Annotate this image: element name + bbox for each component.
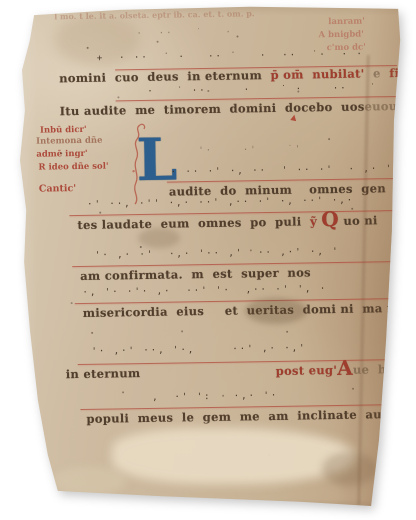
parchment-page: l mo. t le. it a. olseta. eptr ib. ca. e…	[0, 0, 416, 520]
chant-text-6b: et ueritas domi ni ma net	[225, 302, 409, 318]
chant-text-4: tes laudate eum omnes po puli ỹ Q uo ni	[77, 214, 403, 232]
chant-text-7a: in eternum	[66, 367, 141, 381]
chant-text-6a: misericordia eius	[83, 305, 204, 320]
trimmed-header-text: l mo. t le. it a. olseta. eptr ib. ca. e…	[54, 7, 255, 22]
chant-text-6: misericordia eiuset ueritas domi ni ma n…	[83, 302, 409, 320]
neume-row-0: · ·· ˙ ·	[136, 28, 233, 40]
chant-text-8: populi meus le gem me am inclinate aurut	[86, 408, 396, 426]
chant-text-8b: ut	[388, 408, 402, 421]
initial-a: A	[337, 362, 353, 375]
chant-text-2b: euouae	[364, 100, 412, 114]
neume-row-5: '· ,· ·' ·,· '·· ,' ·· ,·' ·, '	[95, 247, 340, 261]
chant-text-1b: p̄ om̄ nubilat'	[270, 68, 364, 82]
chant-text-2: Itu audite me timorem domini docebo uose…	[60, 100, 404, 118]
chant-text-2a: Itu audite me timorem domini docebo uos	[60, 101, 365, 119]
chant-text-1d: fi	[389, 67, 399, 80]
initial-q: Q	[321, 213, 339, 226]
chant-text-8a: populi meus le gem me am inclinate aur	[86, 408, 388, 426]
neume-row-7: '· ,·' ··, '·, ··' ,· ·,'	[91, 343, 306, 356]
chant-text-4b: ỹ	[310, 215, 321, 228]
page-content: l mo. t le. it a. olseta. eptr ib. ca. e…	[0, 0, 416, 520]
margin-rubric-line-2: Intemona dñe	[36, 135, 103, 148]
chant-text-7b: post eug'	[276, 364, 338, 378]
neume-row-8: , ·' ': ·,· '·	[152, 391, 278, 403]
red-caret-mark	[290, 114, 297, 121]
chant-text-7: in eternumpost eug'Aue h ec	[66, 363, 406, 381]
neume-row-3-high: '· ·' ˙'	[198, 145, 302, 157]
chant-text-1a: nomini cuo deus in eternum	[59, 69, 271, 85]
corner-rubric-line-2: A bnigbd'	[318, 29, 364, 42]
margin-rubric-line-3: admē ingr'	[36, 148, 87, 161]
parchment-surface: l mo. t le. it a. olseta. eptr ib. ca. e…	[0, 0, 416, 520]
margin-rubric-line-4: R ideo dñe sol'	[38, 161, 108, 174]
manuscript-photo: l mo. t le. it a. olseta. eptr ib. ca. e…	[0, 0, 416, 520]
margin-rubric-line-5: Cantic'	[39, 183, 77, 196]
chant-text-5: am confirmata. m est super nos	[80, 266, 360, 283]
chant-text-1: nomini cuo deus in eternum p̄ om̄ nubila…	[59, 67, 397, 85]
neume-row-1: + · ·· ˙ · ·· ˙ · ·· ˙· · ·	[97, 50, 364, 64]
corner-rubric-line-1: lanram'	[328, 16, 365, 29]
chant-text-4c: uo ni	[339, 214, 378, 228]
neume-row-6: ·, '· ·'· ,· ··' '· ,·· ·' ', ·	[82, 284, 327, 298]
chant-text-4a: tes laudate eum omnes po puli	[77, 215, 310, 232]
neume-row-2: · ˙ ·· · ˙ · ·· ˙ ·	[147, 83, 414, 97]
chant-text-5a: am confirmata. m est super nos	[80, 266, 311, 283]
